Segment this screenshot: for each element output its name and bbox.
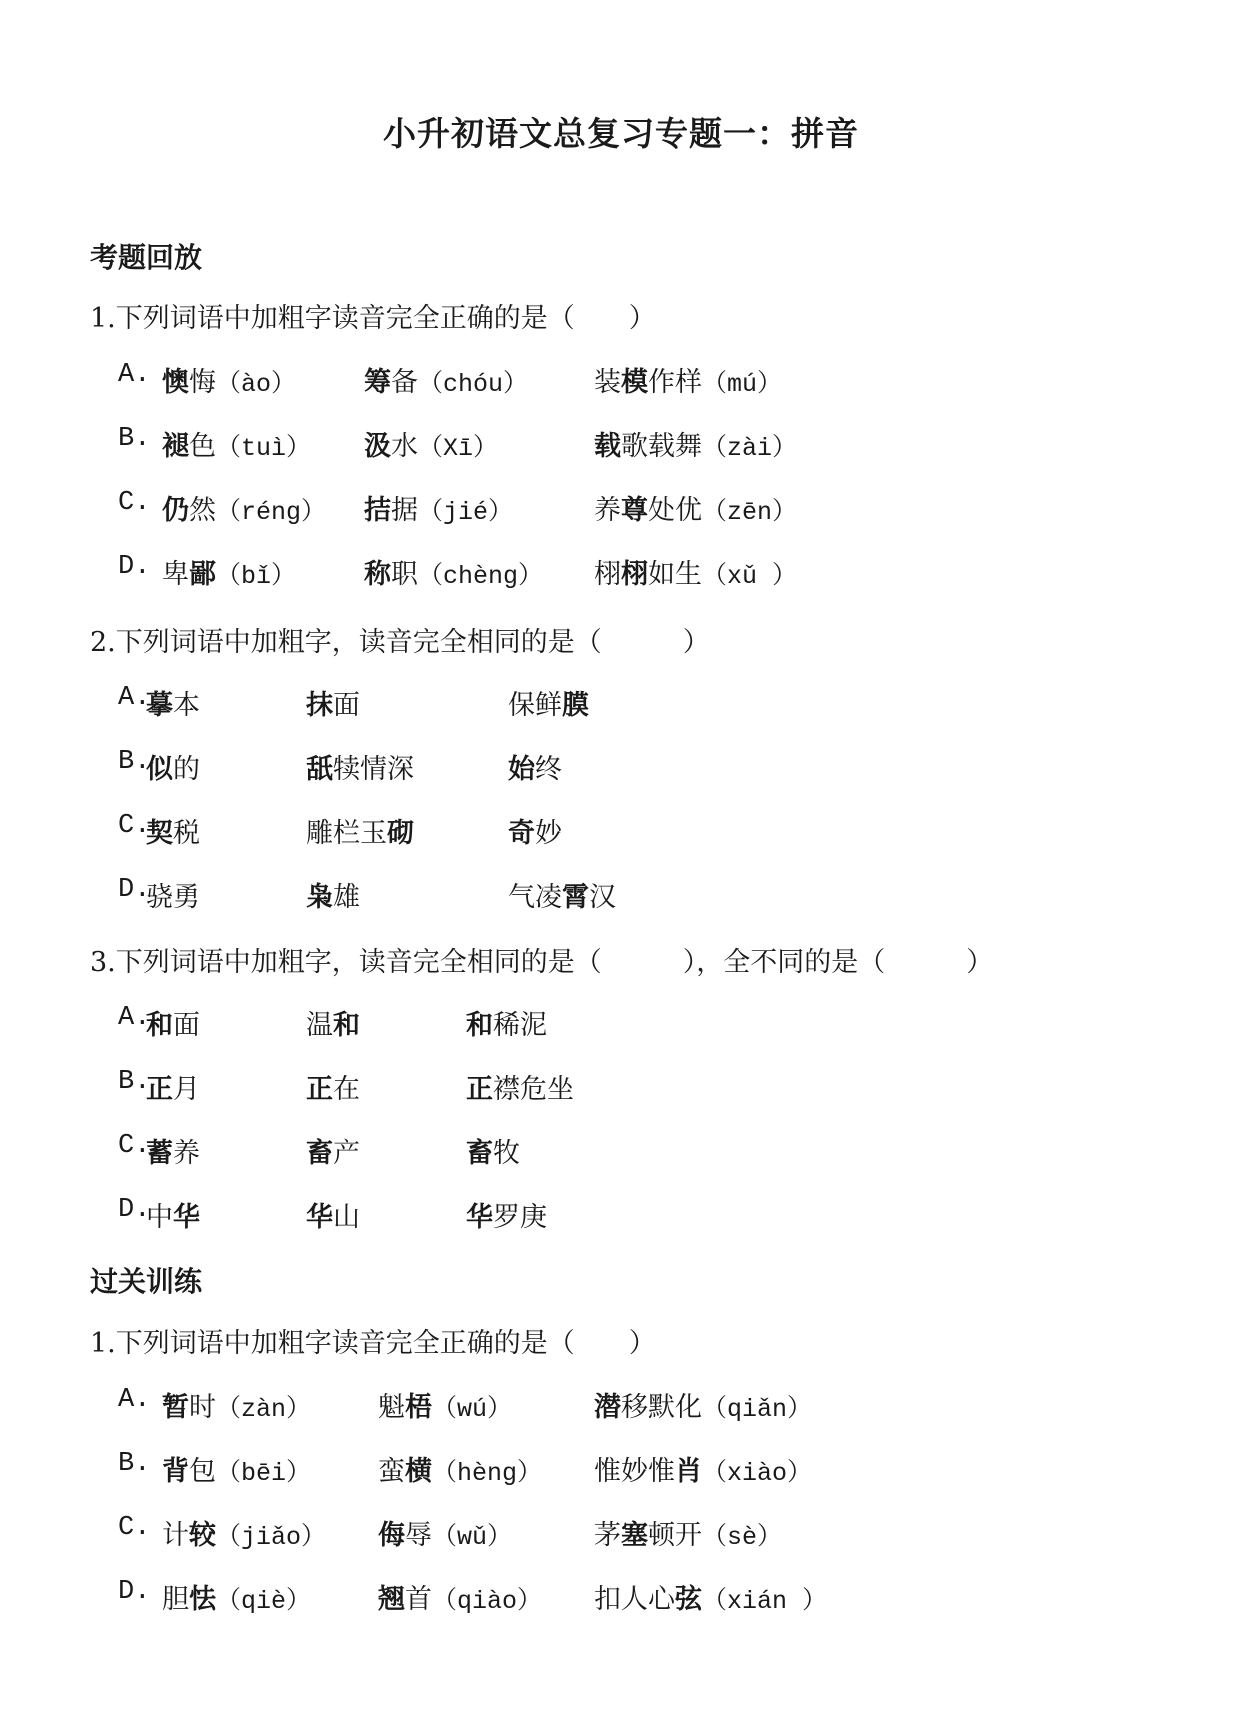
word-char: 牧 [493, 1138, 520, 1169]
bold-target-char: 暂 [162, 1392, 189, 1423]
bold-target-char: 似 [146, 754, 173, 785]
bold-target-char: 弦 [675, 1584, 702, 1615]
word-char: 养 [594, 495, 621, 526]
word-char: 扣人心 [594, 1584, 675, 1615]
option-word: 摹本 [146, 683, 200, 722]
option-word: 装模作样（mú） [594, 360, 782, 399]
word-char: 月 [173, 1074, 200, 1105]
word-char: 魁 [378, 1392, 405, 1423]
pinyin-annotation: （xǔ ） [702, 562, 797, 591]
bold-target-char: 枭 [306, 882, 333, 913]
option-letter: C. [118, 1513, 150, 1543]
pinyin-annotation: （qiè） [216, 1587, 311, 1616]
word-char: 蛮 [378, 1456, 405, 1487]
bold-target-char: 鄙 [189, 559, 216, 590]
bold-target-char: 模 [621, 367, 648, 398]
word-char: 备 [391, 367, 418, 398]
option-word: 保鲜膜 [508, 683, 589, 722]
bold-target-char: 华 [466, 1202, 493, 1233]
pinyin-annotation: （réng） [216, 498, 326, 527]
word-char: 汉 [589, 882, 616, 913]
option-letter: A. [118, 360, 150, 390]
option-word: 似的 [146, 747, 200, 786]
word-char: 顿开 [648, 1520, 702, 1551]
bold-target-char: 抹 [306, 690, 333, 721]
pinyin-annotation: （Xī） [418, 434, 498, 463]
word-char: 卑 [162, 559, 189, 590]
bold-target-char: 尊 [621, 495, 648, 526]
option-word: 正月 [146, 1067, 200, 1106]
pinyin-annotation: （zài） [702, 434, 797, 463]
word-char: 然 [189, 495, 216, 526]
option-word: 蛮横（hèng） [378, 1449, 542, 1488]
option-word: 胆怯（qiè） [162, 1577, 311, 1616]
bold-target-char: 舐 [306, 754, 333, 785]
bold-target-char: 背 [162, 1456, 189, 1487]
bold-target-char: 筹 [364, 367, 391, 398]
pinyin-annotation: （tuì） [216, 434, 311, 463]
word-char: 计 [162, 1520, 189, 1551]
option-word: 褪色（tuì） [162, 424, 311, 463]
pinyin-annotation: （chèng） [418, 562, 543, 591]
word-char: 茅 [594, 1520, 621, 1551]
option-word: 拮据（jié） [364, 488, 513, 527]
option-word: 畜产 [306, 1131, 360, 1170]
option-word: 仍然（réng） [162, 488, 326, 527]
option-word: 气凌霄汉 [508, 875, 616, 914]
option-word: 温和 [306, 1003, 360, 1042]
option-letter: B. [118, 424, 150, 454]
word-char: 悔 [189, 367, 216, 398]
pinyin-annotation: （mú） [702, 370, 782, 399]
option-word: 魁梧（wú） [378, 1385, 512, 1424]
word-char: 包 [189, 1456, 216, 1487]
word-char: 栩 [594, 559, 621, 590]
word-char: 歌载舞 [621, 431, 702, 462]
option-letter: B. [118, 1449, 150, 1479]
word-char: 罗庚 [493, 1202, 547, 1233]
option-word: 计较（jiǎo） [162, 1513, 326, 1552]
option-word: 扣人心弦（xián ） [594, 1577, 827, 1616]
option-word: 栩栩如生（xǔ ） [594, 552, 797, 591]
option-word: 侮辱（wǔ） [378, 1513, 512, 1552]
option-letter: D. [118, 552, 150, 582]
option-word: 筹备（chóu） [364, 360, 528, 399]
bold-target-char: 梧 [405, 1392, 432, 1423]
option-word: 卑鄙（bǐ） [162, 552, 296, 591]
bold-target-char: 称 [364, 559, 391, 590]
pinyin-annotation: （wǔ） [432, 1523, 512, 1552]
bold-target-char: 较 [189, 1520, 216, 1551]
option-word: 骁勇 [146, 875, 200, 914]
pinyin-annotation: （bǐ） [216, 562, 296, 591]
option-word: 华罗庚 [466, 1195, 547, 1234]
word-char: 终 [535, 754, 562, 785]
pinyin-annotation: （ào） [216, 370, 296, 399]
word-char: 襟危坐 [493, 1074, 574, 1105]
option-word: 中华 [146, 1195, 200, 1234]
bold-target-char: 肖 [675, 1456, 702, 1487]
bold-target-char: 砌 [387, 818, 414, 849]
pinyin-annotation: （jiǎo） [216, 1523, 326, 1552]
option-word: 载歌载舞（zài） [594, 424, 797, 463]
pinyin-annotation: （wú） [432, 1395, 512, 1424]
bold-target-char: 懊 [162, 367, 189, 398]
bold-target-char: 塞 [621, 1520, 648, 1551]
section-heading-review: 考题回放 [90, 236, 202, 276]
word-char: 养 [173, 1138, 200, 1169]
word-char: 处优 [648, 495, 702, 526]
bold-target-char: 和 [146, 1010, 173, 1041]
pinyin-annotation: （zēn） [702, 498, 797, 527]
word-char: 本 [173, 690, 200, 721]
bold-target-char: 始 [508, 754, 535, 785]
word-char: 气凌 [508, 882, 562, 913]
option-word: 蓄养 [146, 1131, 200, 1170]
word-char: 惟妙惟 [594, 1456, 675, 1487]
pinyin-annotation: （qiǎn） [702, 1395, 812, 1424]
question-2-text: 2.下列词语中加粗字，读音完全相同的是（ ） [90, 620, 710, 659]
option-word: 和面 [146, 1003, 200, 1042]
option-word: 始终 [508, 747, 562, 786]
word-char: 犊情深 [333, 754, 414, 785]
option-word: 养尊处优（zēn） [594, 488, 797, 527]
word-char: 妙 [535, 818, 562, 849]
word-char: 税 [173, 818, 200, 849]
bold-target-char: 华 [306, 1202, 333, 1233]
bold-target-char: 蓄 [146, 1138, 173, 1169]
bold-target-char: 仍 [162, 495, 189, 526]
bold-target-char: 侮 [378, 1520, 405, 1551]
word-char: 面 [173, 1010, 200, 1041]
option-word: 舐犊情深 [306, 747, 414, 786]
bold-target-char: 翘 [378, 1584, 405, 1615]
question-3-text: 3.下列词语中加粗字，读音完全相同的是（ ），全不同的是（ ） [90, 940, 993, 979]
word-char: 产 [333, 1138, 360, 1169]
bold-target-char: 畜 [306, 1138, 333, 1169]
word-char: 水 [391, 431, 418, 462]
option-word: 汲水（Xī） [364, 424, 498, 463]
pinyin-annotation: （xiào） [702, 1459, 812, 1488]
word-char: 胆 [162, 1584, 189, 1615]
question-1-text: 1.下列词语中加粗字读音完全正确的是（ ） [90, 296, 656, 335]
bold-target-char: 载 [594, 431, 621, 462]
option-word: 潜移默化（qiǎn） [594, 1385, 812, 1424]
word-char: 雄 [333, 882, 360, 913]
option-word: 称职（chèng） [364, 552, 543, 591]
word-char: 据 [391, 495, 418, 526]
option-word: 抹面 [306, 683, 360, 722]
worksheet-page: 小升初语文总复习专题一：拼音 考题回放 1.下列词语中加粗字读音完全正确的是（ … [0, 0, 1242, 1734]
bold-target-char: 潜 [594, 1392, 621, 1423]
option-word: 奇妙 [508, 811, 562, 850]
word-char: 保鲜 [508, 690, 562, 721]
bold-target-char: 横 [405, 1456, 432, 1487]
word-char: 中 [146, 1202, 173, 1233]
word-char: 装 [594, 367, 621, 398]
word-char: 作样 [648, 367, 702, 398]
option-letter: C. [118, 488, 150, 518]
word-char: 稀泥 [493, 1010, 547, 1041]
pinyin-annotation: （sè） [702, 1523, 782, 1552]
bold-target-char: 正 [146, 1074, 173, 1105]
pinyin-annotation: （bēi） [216, 1459, 311, 1488]
page-title: 小升初语文总复习专题一：拼音 [0, 108, 1242, 155]
option-word: 暂时（zàn） [162, 1385, 311, 1424]
word-char: 温 [306, 1010, 333, 1041]
option-word: 和稀泥 [466, 1003, 547, 1042]
option-word: 枭雄 [306, 875, 360, 914]
word-char: 时 [189, 1392, 216, 1423]
option-word: 翘首（qiào） [378, 1577, 542, 1616]
option-word: 背包（bēi） [162, 1449, 311, 1488]
bold-target-char: 拮 [364, 495, 391, 526]
word-char: 首 [405, 1584, 432, 1615]
bold-target-char: 正 [466, 1074, 493, 1105]
word-char: 移默化 [621, 1392, 702, 1423]
section-heading-practice: 过关训练 [90, 1260, 202, 1300]
option-letter: D. [118, 1577, 150, 1607]
bold-target-char: 和 [466, 1010, 493, 1041]
option-word: 畜牧 [466, 1131, 520, 1170]
bold-target-char: 怯 [189, 1584, 216, 1615]
word-char: 山 [333, 1202, 360, 1233]
bold-target-char: 奇 [508, 818, 535, 849]
practice-question-1-text: 1.下列词语中加粗字读音完全正确的是（ ） [90, 1321, 656, 1360]
bold-target-char: 栩 [621, 559, 648, 590]
word-char: 如生 [648, 559, 702, 590]
option-word: 正在 [306, 1067, 360, 1106]
option-word: 茅塞顿开（sè） [594, 1513, 782, 1552]
word-char: 在 [333, 1074, 360, 1105]
bold-target-char: 和 [333, 1010, 360, 1041]
bold-target-char: 华 [173, 1202, 200, 1233]
word-char: 雕栏玉 [306, 818, 387, 849]
bold-target-char: 畜 [466, 1138, 493, 1169]
bold-target-char: 正 [306, 1074, 333, 1105]
pinyin-annotation: （chóu） [418, 370, 528, 399]
bold-target-char: 膜 [562, 690, 589, 721]
option-word: 正襟危坐 [466, 1067, 574, 1106]
option-word: 契税 [146, 811, 200, 850]
option-letter: A. [118, 1385, 150, 1415]
pinyin-annotation: （qiào） [432, 1587, 542, 1616]
bold-target-char: 汲 [364, 431, 391, 462]
word-char: 色 [189, 431, 216, 462]
option-word: 懊悔（ào） [162, 360, 296, 399]
pinyin-annotation: （xián ） [702, 1587, 827, 1616]
option-word: 惟妙惟肖（xiào） [594, 1449, 812, 1488]
pinyin-annotation: （zàn） [216, 1395, 311, 1424]
pinyin-annotation: （hèng） [432, 1459, 542, 1488]
bold-target-char: 摹 [146, 690, 173, 721]
word-char: 辱 [405, 1520, 432, 1551]
word-char: 职 [391, 559, 418, 590]
option-word: 华山 [306, 1195, 360, 1234]
word-char: 面 [333, 690, 360, 721]
bold-target-char: 褪 [162, 431, 189, 462]
bold-target-char: 霄 [562, 882, 589, 913]
word-char: 骁勇 [146, 882, 200, 913]
option-word: 雕栏玉砌 [306, 811, 414, 850]
word-char: 的 [173, 754, 200, 785]
pinyin-annotation: （jié） [418, 498, 513, 527]
bold-target-char: 契 [146, 818, 173, 849]
